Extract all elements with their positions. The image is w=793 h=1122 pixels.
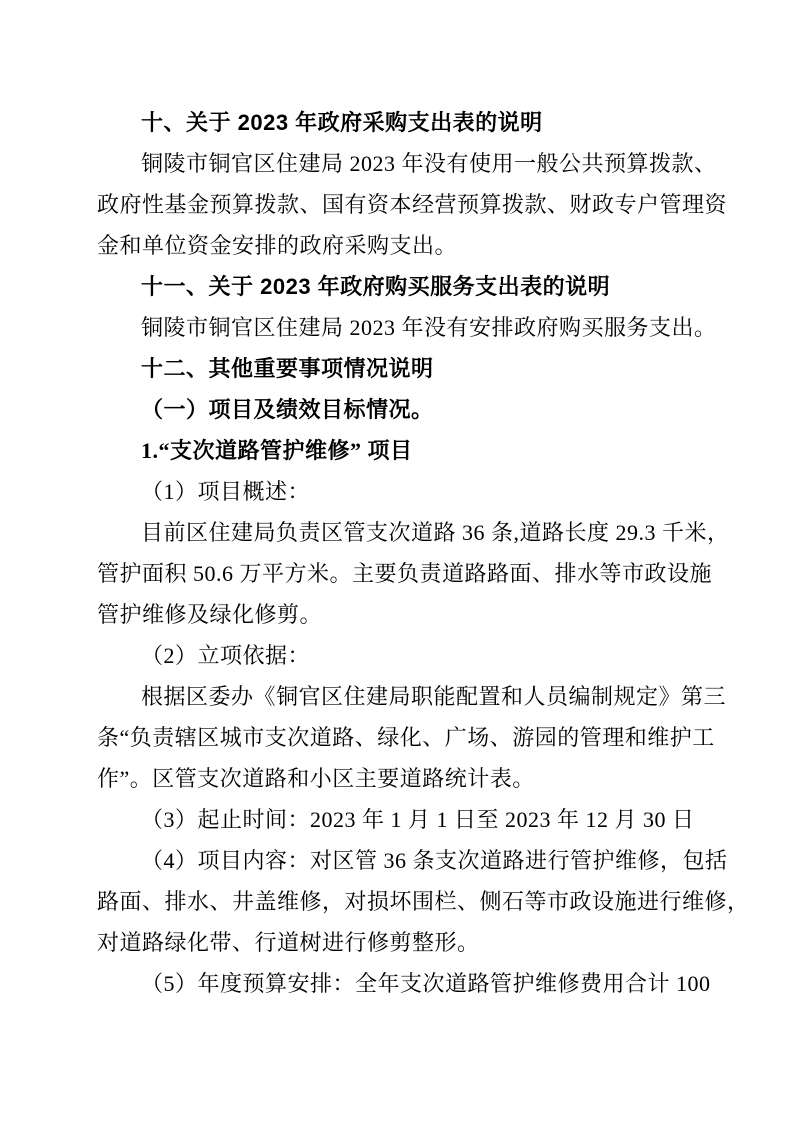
text-line: （4）项目内容：对区管 36 条支次道路进行管护维修，包括 (97, 840, 707, 881)
text-line: 铜陵市铜官区住建局 2023 年没有使用一般公共预算拨款、 (97, 143, 707, 184)
heading-line: 十一、关于 2023 年政府购买服务支出表的说明 (97, 266, 707, 307)
document-body: 十、关于 2023 年政府采购支出表的说明铜陵市铜官区住建局 2023 年没有使… (97, 102, 707, 1004)
text-line: 政府性基金预算拨款、国有资本经营预算拨款、财政专户管理资 (97, 184, 707, 225)
text-line: （5）年度预算安排：全年支次道路管护维修费用合计 100 (97, 963, 707, 1004)
text-line: 铜陵市铜官区住建局 2023 年没有安排政府购买服务支出。 (97, 307, 707, 348)
text-line: （3）起止时间：2023 年 1 月 1 日至 2023 年 12 月 30 日 (97, 799, 707, 840)
document-page: 十、关于 2023 年政府采购支出表的说明铜陵市铜官区住建局 2023 年没有使… (0, 0, 793, 1122)
text-line: 根据区委办《铜官区住建局职能配置和人员编制规定》第三 (97, 676, 707, 717)
heading-line: 十、关于 2023 年政府采购支出表的说明 (97, 102, 707, 143)
text-line: 对道路绿化带、行道树进行修剪整形。 (97, 922, 707, 963)
heading-line: 1.“支次道路管护维修” 项目 (97, 430, 707, 471)
text-line: （2）立项依据： (97, 635, 707, 676)
text-line: 管护面积 50.6 万平方米。主要负责道路路面、排水等市政设施 (97, 553, 707, 594)
text-line: 金和单位资金安排的政府采购支出。 (97, 225, 707, 266)
text-line: 路面、排水、井盖维修，对损坏围栏、侧石等市政设施进行维修， (97, 881, 707, 922)
text-line: （1）项目概述： (97, 471, 707, 512)
heading-line: （一）项目及绩效目标情况。 (97, 389, 707, 430)
text-line: 管护维修及绿化修剪。 (97, 594, 707, 635)
text-line: 作”。区管支次道路和小区主要道路统计表。 (97, 758, 707, 799)
text-line: 条“负责辖区城市支次道路、绿化、广场、游园的管理和维护工 (97, 717, 707, 758)
text-line: 目前区住建局负责区管支次道路 36 条,道路长度 29.3 千米， (97, 512, 707, 553)
heading-line: 十二、其他重要事项情况说明 (97, 348, 707, 389)
